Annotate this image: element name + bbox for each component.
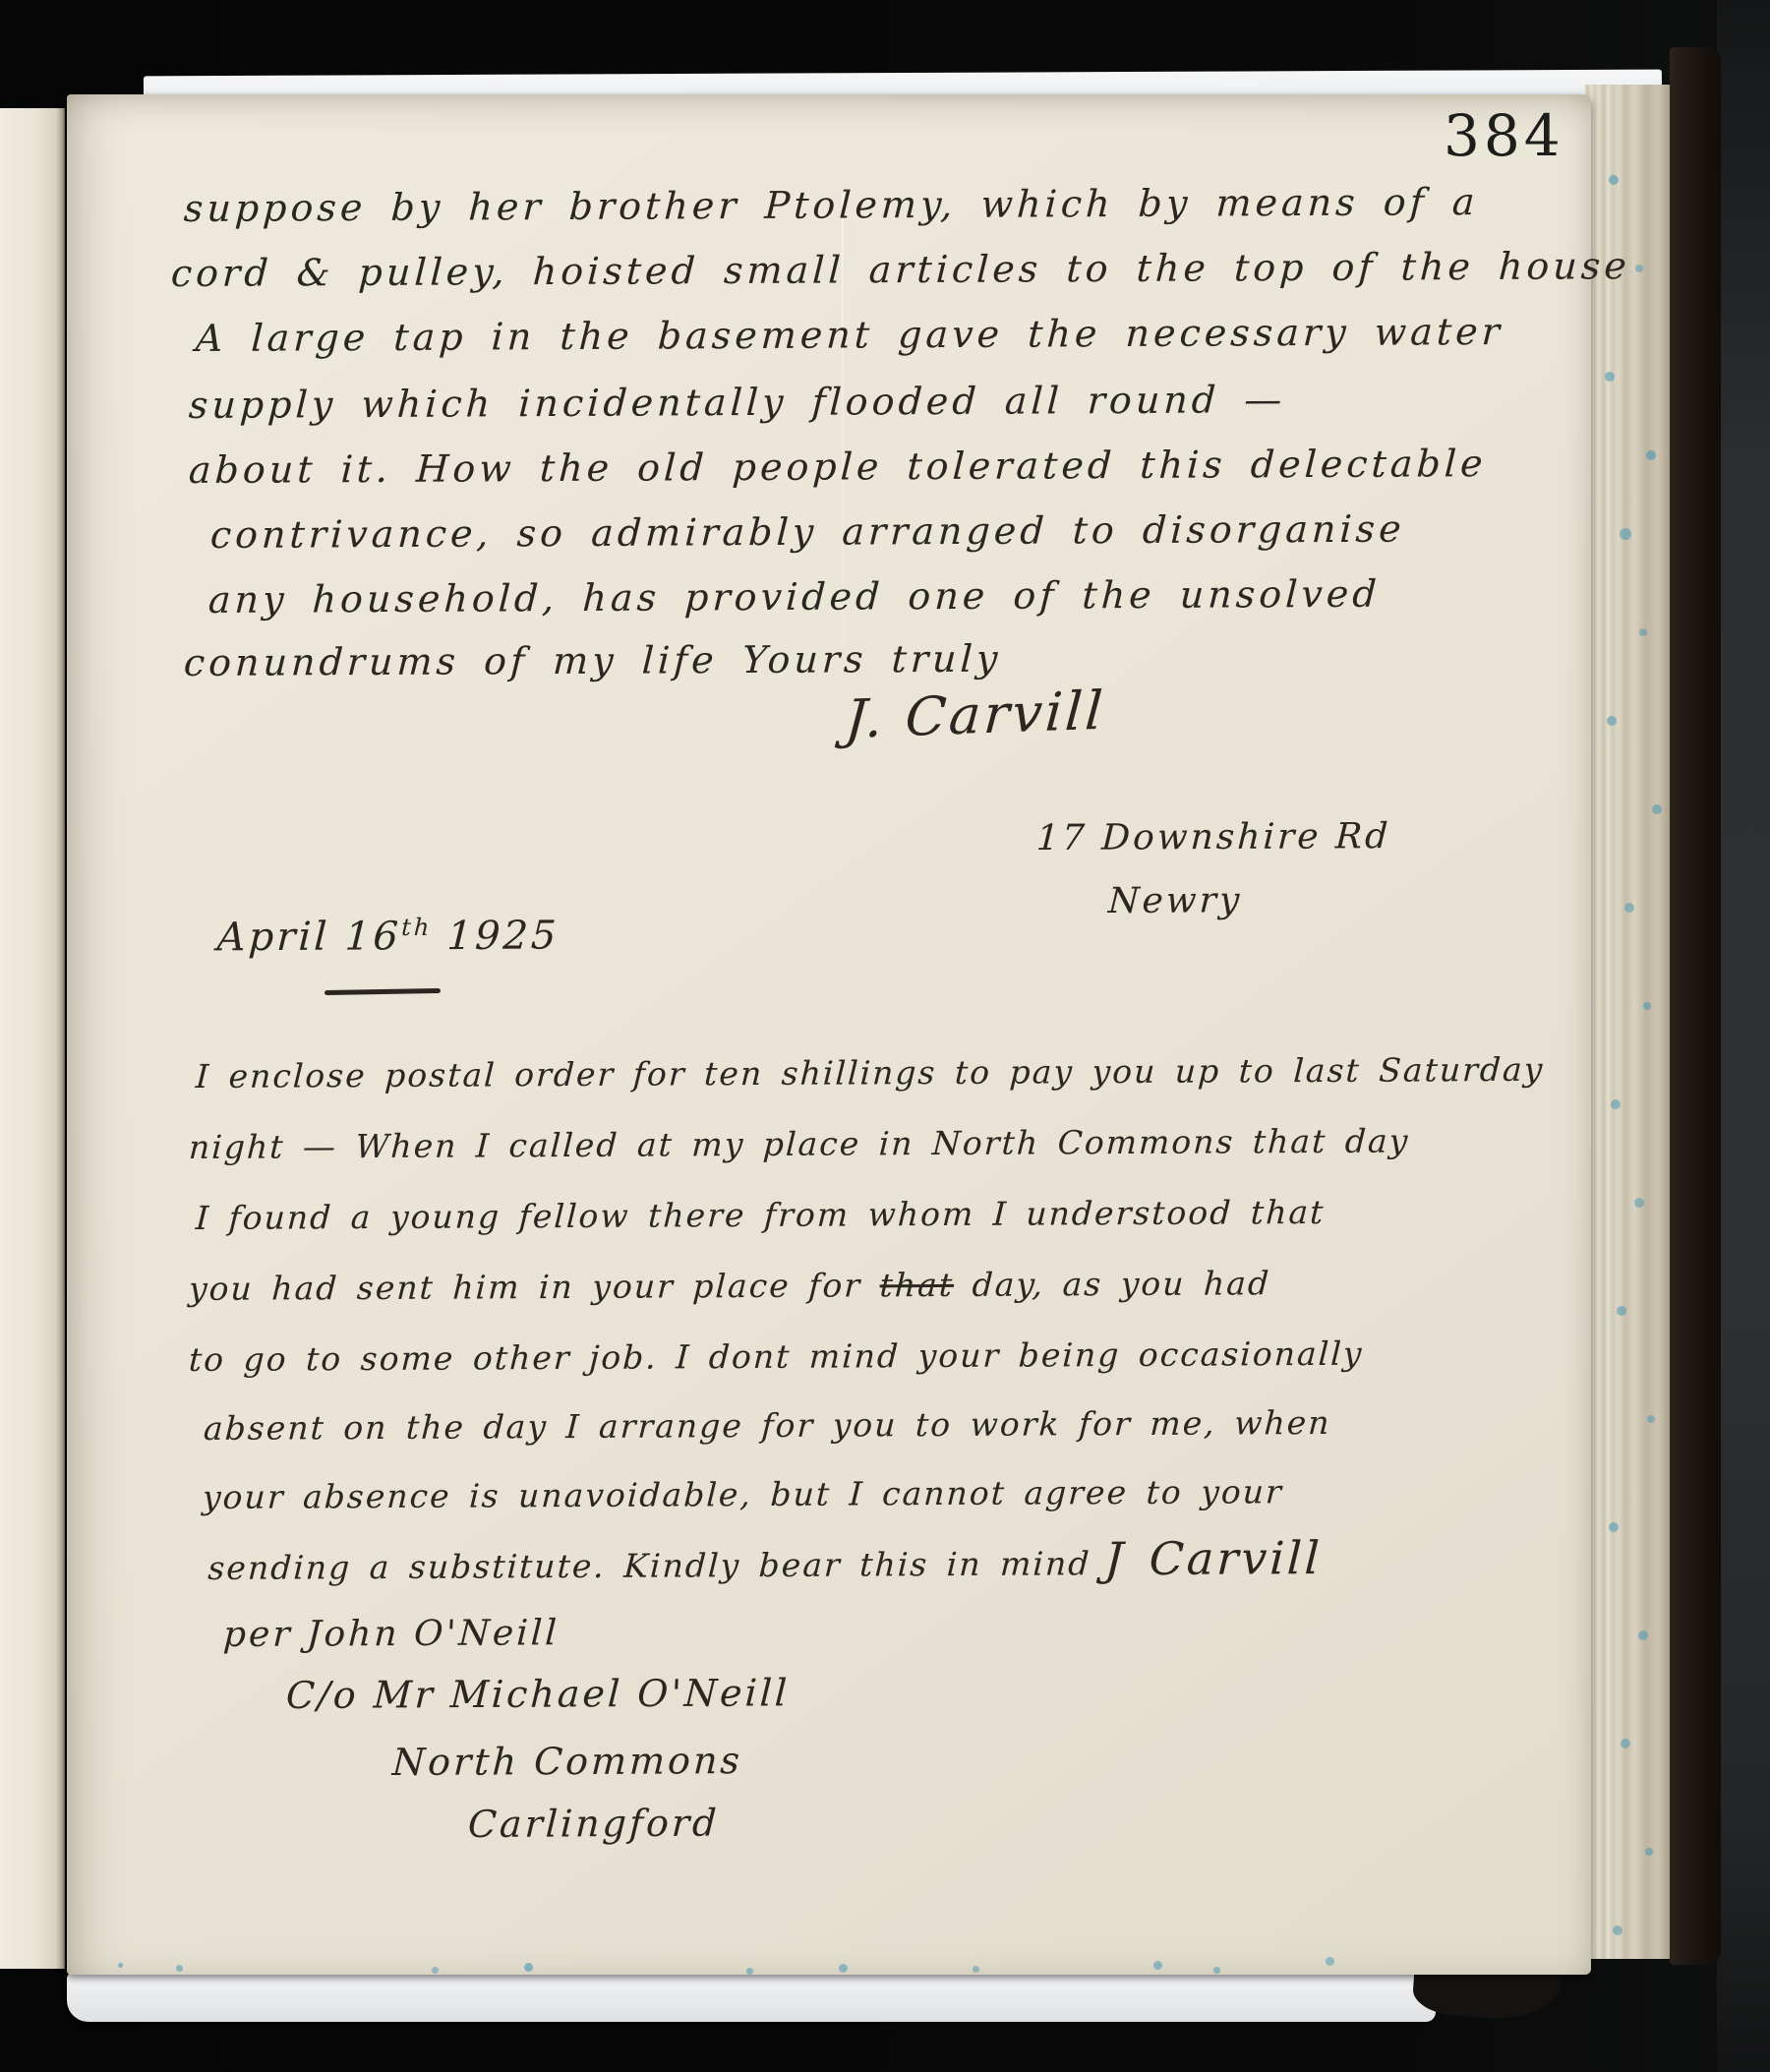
handwritten-line: any household, has provided one of the u…	[207, 572, 1382, 622]
handwritten-line: suppose by her brother Ptolemy, which by…	[183, 180, 1480, 230]
book-scan: 384 suppose by her brother Ptolemy, whic…	[0, 0, 1770, 2072]
line-segment: you had sent him in your place for	[188, 1266, 880, 1308]
handwritten-line: your absence is unavoidable, but I canno…	[202, 1472, 1284, 1516]
previous-page-edge	[0, 108, 65, 1969]
date-year: 1925	[431, 914, 560, 960]
handwritten-line-with-strikethrough: you had sent him in your place for that …	[188, 1264, 1271, 1308]
handwritten-line: night — When I called at my place in Nor…	[188, 1122, 1410, 1166]
letter-date: April 16th 1925	[216, 913, 560, 960]
background-shade	[1717, 0, 1770, 2072]
handwritten-line: I found a young fellow there from whom I…	[195, 1193, 1326, 1237]
handwritten-line: contrivance, so admirably arranged to di…	[209, 507, 1406, 557]
blue-speckle-bottom	[118, 1963, 123, 1968]
per-signature-line: per John O'Neill	[222, 1613, 560, 1655]
handwritten-line: A large tap in the basement gave the nec…	[195, 310, 1504, 360]
recipient-line: North Commons	[391, 1739, 743, 1784]
handwritten-line: conundrums of my life Yours truly	[183, 637, 1002, 684]
handwritten-line: absent on the day I arrange for you to w…	[203, 1403, 1331, 1448]
sender-address-line: Newry	[1107, 880, 1243, 921]
handwritten-line: supply which incidentally flooded all ro…	[188, 378, 1286, 427]
page-number: 384	[1444, 102, 1564, 169]
handwritten-line: about it. How the old people tolerated t…	[188, 442, 1488, 492]
handwritten-line: to go to some other job. I dont mind you…	[188, 1334, 1364, 1379]
date-day: April 16	[216, 914, 402, 960]
sender-address-line: 17 Downshire Rd	[1035, 816, 1391, 858]
line-segment: sending a substitute. Kindly bear this i…	[207, 1544, 1092, 1587]
handwritten-line: I enclose postal order for ten shillings…	[195, 1050, 1545, 1095]
line-segment: day, as you had	[953, 1264, 1271, 1304]
handwritten-line: cord & pulley, hoisted small articles to…	[170, 244, 1631, 295]
backing-sheet-bottom	[67, 1973, 1436, 2022]
recipient-line: C/o Mr Michael O'Neill	[285, 1671, 791, 1717]
handwritten-line: sending a substitute. Kindly bear this i…	[206, 1531, 1323, 1590]
signature: J. Carvill	[844, 680, 1108, 750]
book-cover	[1670, 47, 1721, 1965]
blue-speckle-marbling	[1597, 118, 1603, 124]
date-suffix: th	[401, 914, 433, 941]
recipient-line: Carlingford	[467, 1802, 721, 1846]
page-edge-stack	[1585, 85, 1676, 1959]
inline-signature: J Carvill	[1103, 1531, 1323, 1585]
struck-word: that	[879, 1266, 955, 1304]
